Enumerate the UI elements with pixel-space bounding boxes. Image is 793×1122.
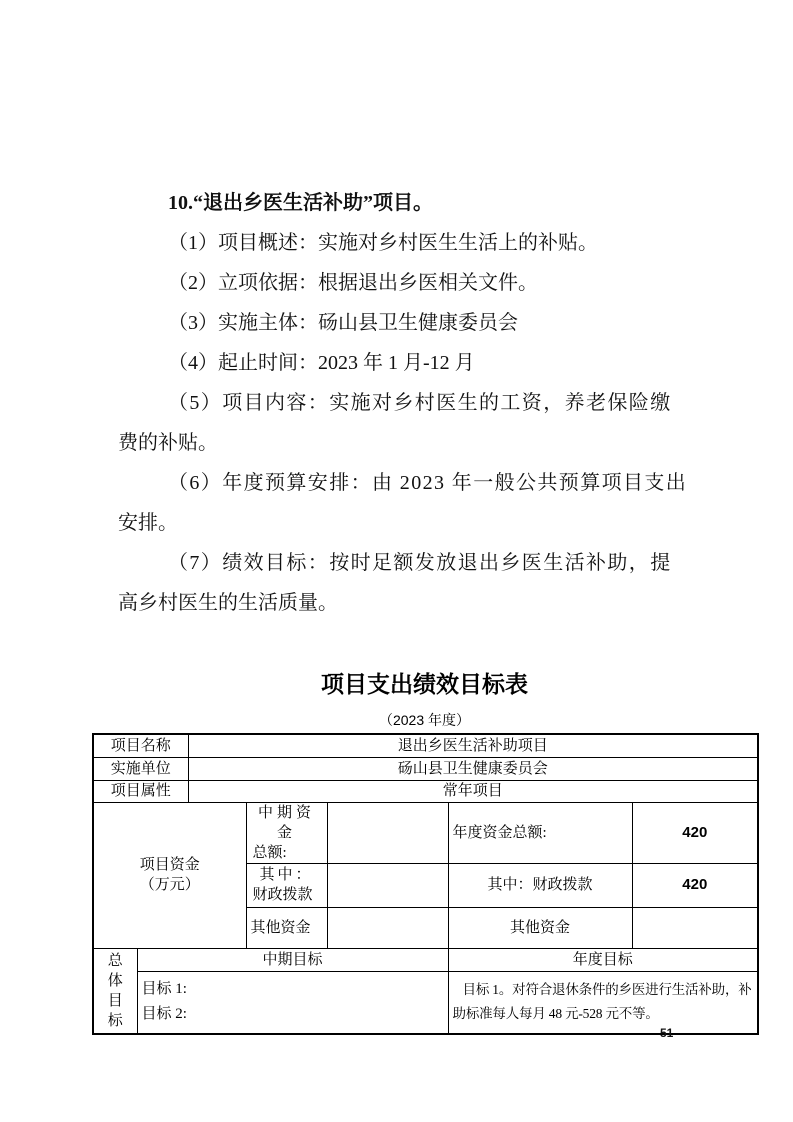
- project-name-label-cell: 项目名称: [93, 734, 188, 757]
- mid-total-label-line1: 中期资金: [251, 803, 323, 843]
- project-name-value-cell: 退出乡医生活补助项目: [188, 734, 758, 757]
- table-subtitle: （2023 年度）: [92, 710, 757, 730]
- unit-value-cell: 砀山县卫生健康委员会: [188, 757, 758, 780]
- annual-goal-header-cell: 年度目标: [448, 948, 758, 971]
- annual-fiscal-value-cell: 420: [632, 863, 758, 907]
- body-line: （1）项目概述：实施对乡村医生生活上的补贴。: [118, 223, 698, 263]
- mid-fiscal-label-line1: 其中：: [251, 865, 323, 885]
- annual-goal-line2: 助标准每人每月 48 元-528 元不等。: [453, 1002, 754, 1026]
- section-heading: 10.“退出乡医生活补助”项目。: [118, 183, 698, 223]
- mid-fiscal-label-cell: 其中： 财政拨款: [246, 863, 327, 907]
- body-line: 安排。: [118, 503, 698, 543]
- table-row: 总体目标 中期目标 年度目标: [93, 948, 758, 971]
- document-page: 10.“退出乡医生活补助”项目。 （1）项目概述：实施对乡村医生生活上的补贴。 …: [0, 0, 793, 1122]
- body-line: （2）立项依据：根据退出乡医相关文件。: [118, 263, 698, 303]
- body-line: 高乡村医生的生活质量。: [118, 583, 698, 623]
- page-number: 51: [660, 1026, 673, 1040]
- funding-label-cell: 项目资金 （万元）: [93, 802, 246, 948]
- annual-fiscal-label-cell: 其中：财政拨款: [448, 863, 632, 907]
- mid-goal-list-cell: 目标 1: 目标 2:: [137, 971, 448, 1034]
- mid-fiscal-label-line2: 财政拨款: [251, 885, 323, 905]
- table-row: 项目名称 退出乡医生活补助项目: [93, 734, 758, 757]
- mid-total-label-cell: 中期资金 总额:: [246, 802, 327, 863]
- mid-other-value-cell: [327, 907, 448, 948]
- table-title: 项目支出绩效目标表: [92, 666, 757, 699]
- mid-goal-2: 目标 2:: [142, 1002, 444, 1027]
- unit-label-cell: 实施单位: [93, 757, 188, 780]
- body-text: 10.“退出乡医生活补助”项目。 （1）项目概述：实施对乡村医生生活上的补贴。 …: [118, 183, 698, 623]
- annual-total-label-cell: 年度资金总额:: [448, 802, 632, 863]
- table-row: 目标 1: 目标 2: 目标 1。对符合退休条件的乡医进行生活补助，补 助标准每…: [93, 971, 758, 1034]
- annual-total-value-cell: 420: [632, 802, 758, 863]
- overall-goal-label: 总体目标: [108, 951, 123, 1031]
- annual-goal-line1: 目标 1。对符合退休条件的乡医进行生活补助，补: [453, 978, 754, 1002]
- annual-goal-text-cell: 目标 1。对符合退休条件的乡医进行生活补助，补 助标准每人每月 48 元-528…: [448, 971, 758, 1034]
- body-line: （3）实施主体：砀山县卫生健康委员会: [118, 303, 698, 343]
- mid-other-label-cell: 其他资金: [246, 907, 327, 948]
- body-line: （6）年度预算安排：由 2023 年一般公共预算项目支出: [118, 463, 698, 503]
- annual-other-label-cell: 其他资金: [448, 907, 632, 948]
- mid-fiscal-value-cell: [327, 863, 448, 907]
- mid-total-value-cell: [327, 802, 448, 863]
- attribute-value-cell: 常年项目: [188, 780, 758, 802]
- funding-label-line2: （万元）: [98, 875, 242, 895]
- body-line: （4）起止时间：2023 年 1 月-12 月: [118, 343, 698, 383]
- mid-total-label-line2: 总额:: [251, 843, 323, 863]
- table-row: 项目资金 （万元） 中期资金 总额: 年度资金总额: 420: [93, 802, 758, 863]
- overall-goal-label-cell: 总体目标: [93, 948, 137, 1034]
- table-row: 项目属性 常年项目: [93, 780, 758, 802]
- funding-label-line1: 项目资金: [98, 855, 242, 875]
- body-line: （7）绩效目标：按时足额发放退出乡医生活补助，提: [118, 543, 698, 583]
- performance-target-table: 项目名称 退出乡医生活补助项目 实施单位 砀山县卫生健康委员会 项目属性 常年项…: [92, 733, 759, 1035]
- attribute-label-cell: 项目属性: [93, 780, 188, 802]
- annual-other-value-cell: [632, 907, 758, 948]
- body-line: 费的补贴。: [118, 423, 698, 463]
- body-line: （5）项目内容：实施对乡村医生的工资，养老保险缴: [118, 383, 698, 423]
- mid-goal-header-cell: 中期目标: [137, 948, 448, 971]
- table-row: 实施单位 砀山县卫生健康委员会: [93, 757, 758, 780]
- mid-goal-1: 目标 1:: [142, 977, 444, 1002]
